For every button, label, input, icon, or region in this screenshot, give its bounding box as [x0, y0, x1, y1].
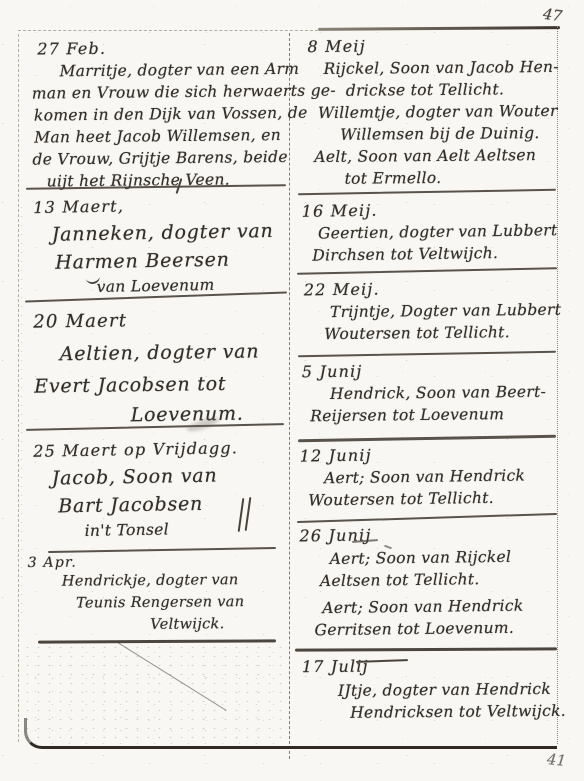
entry-line: Woutersen tot Tellicht.	[308, 486, 525, 511]
entry-date: 12 Junij	[300, 443, 525, 465]
entry-line: Bart Jacobsen	[58, 489, 239, 520]
register-entry-22-meij: 22 Meij. Trijntje, Dogter van Lubbert Wo…	[304, 278, 562, 346]
entry-line: Rijckel, Soon van Jacob Hen-	[324, 56, 559, 80]
entry-divider-rule	[295, 647, 557, 651]
entry-line: Evert Jacobsen tot	[34, 369, 260, 400]
entry-line: Hendrick, Soon van Beert-	[330, 381, 546, 405]
entry-line: Reijersen tot Loevenum	[310, 403, 546, 427]
entry-line: Aert; Soon van Rijckel	[330, 546, 523, 570]
folio-number-bottom: 41	[546, 750, 567, 770]
entry-line: Aeltien, dogter van	[60, 337, 260, 368]
left-border-line	[18, 34, 19, 742]
entry-date: 22 Meij.	[304, 278, 561, 300]
entry-line: Willemsen bij de Duinig.	[340, 122, 559, 146]
register-entry-12-junij: 12 Junij Aert; Soon van Hendrick Wouters…	[300, 443, 526, 511]
entry-date: 5 Junij	[302, 360, 546, 382]
entry-line: Janneken, dogter van	[52, 217, 274, 249]
entry-line: Geertien, dogter van Lubbert	[318, 219, 558, 244]
top-border-right-segment	[318, 26, 560, 31]
entry-line: Aert; Soon van Hendrick	[324, 464, 525, 489]
entry-date: 16 Meij.	[302, 198, 558, 221]
entry-date: 20 Maert	[33, 308, 259, 332]
register-entry-17-julij: 17 Julij IJtje, dogter van Hendrick Hend…	[302, 655, 566, 724]
bottom-border-line	[24, 718, 557, 749]
entry-date: 13 Maert,	[33, 194, 273, 217]
register-entry-5-junij: 5 Junij Hendrick, Soon van Beert- Reijer…	[302, 360, 547, 428]
entry-line: Marritje, dogter van een Arm	[59, 57, 335, 82]
entry-line: Willemtje, dogter van Wouter	[318, 100, 559, 124]
entry-line: man en Vrouw die sich herwaerts ge-	[32, 79, 336, 104]
register-entry-8-meij: 8 Meij Rijckel, Soon van Jacob Hen- dric…	[301, 35, 560, 190]
entry-line: Dirchsen tot Veltwijch.	[312, 241, 558, 266]
left-edge-speckle-band	[14, 200, 24, 620]
register-entry-26-junij: 26 Junij Aert; Soon van Rijckel Aeltsen …	[299, 524, 524, 642]
entry-line: Teunis Rengersen van	[76, 591, 244, 614]
entry-line: Man heet Jacob Willemsen, en	[34, 123, 336, 148]
entry-line: Aert; Soon van Hendrick	[322, 595, 523, 619]
entry-line: Gerritsen tot Loevenum.	[314, 617, 523, 642]
entry-divider-rule	[298, 351, 556, 358]
register-entry-13-maert: 13 Maert, Janneken, dogter van Harmen Be…	[29, 194, 275, 299]
scratch-line	[117, 642, 226, 711]
entry-line: Aelt, Soon van Aelt Aeltsen	[314, 144, 559, 168]
entry-line: tot Ermello.	[344, 166, 559, 190]
folio-number-top: 47	[542, 5, 563, 25]
scanned-register-page: { "page": { "folio_top": "47", "folio_bo…	[0, 0, 584, 781]
entry-line: komen in den Dijk van Vossen, de	[34, 101, 336, 126]
entry-divider-rule	[297, 513, 557, 523]
entry-line: de Vrouw, Grijtje Barens, beide	[32, 145, 336, 170]
entry-line: Veltwijck.	[150, 613, 244, 636]
entry-line: Hendricksen tot Veltwijck.	[350, 700, 566, 724]
entry-line: Harmen Beersen	[55, 245, 274, 277]
entry-date: 17 Julij	[302, 655, 566, 676]
entry-line: drickse tot Tellicht.	[346, 78, 559, 102]
register-entry-3-apr: 3 Apr. Hendrickje, dogter van Teunis Ren…	[28, 553, 245, 637]
entry-date: 27 Feb.	[37, 36, 335, 58]
register-entry-20-maert: 20 Maert Aeltien, dogter van Evert Jacob…	[33, 308, 260, 430]
entry-line: Trijntje, Dogter van Lubbert	[330, 299, 561, 323]
entry-date: 26 Junij	[299, 524, 522, 546]
entry-line: Woutersen tot Tellicht.	[324, 321, 561, 345]
entry-line: Jacob, Soon van	[52, 461, 239, 492]
register-entry-27-feb: 27 Feb. Marritje, dogter van een Arm man…	[31, 36, 337, 192]
entry-divider-rule	[38, 639, 276, 643]
entry-line: Aeltsen tot Tellicht.	[320, 568, 523, 592]
entry-divider-rule	[297, 267, 557, 274]
entry-date: 25 Maert op Vrijdagg.	[33, 438, 238, 461]
entry-line: Hendrickje, dogter van	[62, 569, 244, 593]
entry-date: 3 Apr.	[28, 553, 244, 571]
register-entry-25-maert: 25 Maert op Vrijdagg. Jacob, Soon van Ba…	[33, 438, 240, 543]
top-border-left-segment	[18, 30, 318, 31]
entry-divider-rule	[298, 435, 556, 442]
register-entry-16-meij: 16 Meij. Geertien, dogter van Lubbert Di…	[302, 198, 558, 267]
entry-date: 8 Meij	[307, 35, 558, 56]
entry-line: IJtje, dogter van Hendrick	[338, 678, 566, 702]
double-stroke-mark	[245, 497, 252, 531]
entry-line: in't Tonsel	[85, 517, 240, 542]
